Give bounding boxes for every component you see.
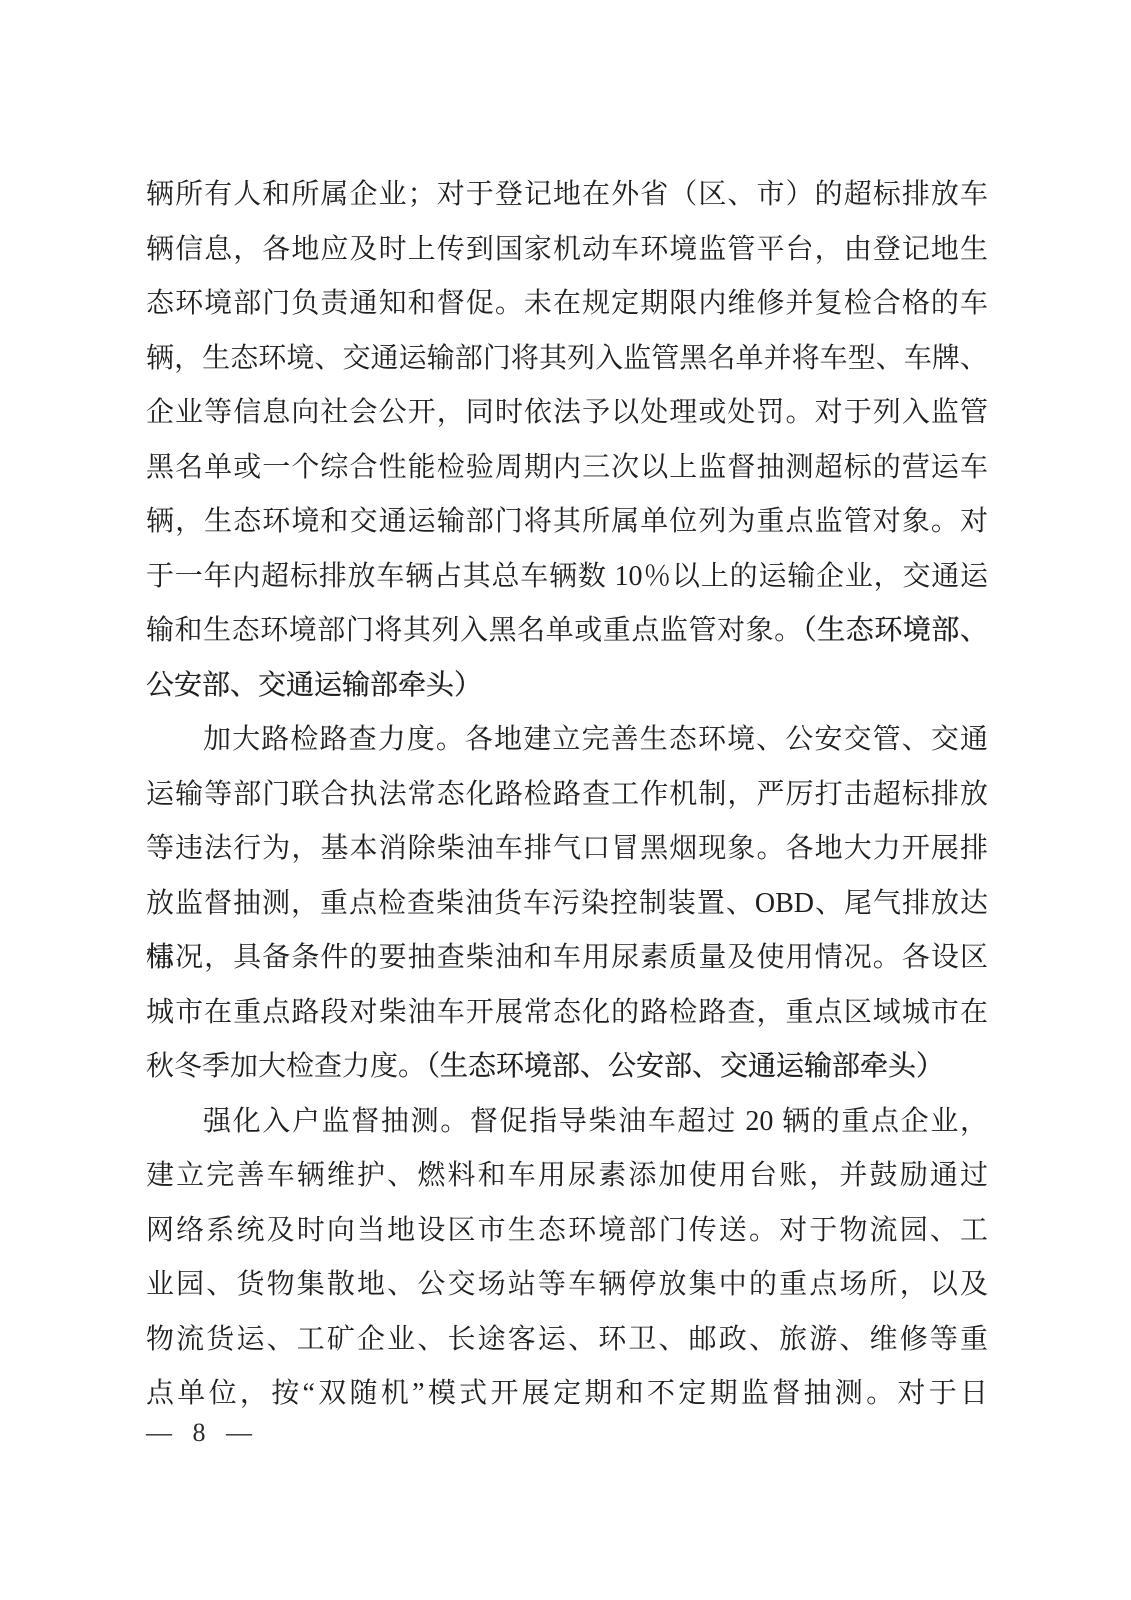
text-line: 黑名单或一个综合性能检验周期内三次以上监督抽测超标的营运车 <box>146 441 988 496</box>
body-text: 运输等部门联合执法常态化路检路查工作机制，严厉打击超标排放 <box>146 779 988 810</box>
text-line: 网络系统及时向当地设区市生态环境部门传送。对于物流园、工 <box>146 1204 988 1259</box>
department-annotation: 公安部、交通运输部牵头） <box>146 670 482 701</box>
body-text: 辆信息，各地应及时上传到国家机动车环境监管平台，由登记地生 <box>146 234 988 265</box>
text-line: 公安部、交通运输部牵头） <box>146 659 988 714</box>
body-text: 物流货运、工矿企业、长途客运、环卫、邮政、旅游、维修等重 <box>146 1324 988 1355</box>
text-line: 企业等信息向社会公开，同时依法予以处理或处罚。对于列入监管 <box>146 386 988 441</box>
text-line: 加大路检路查力度。各地建立完善生态环境、公安交管、交通 <box>146 713 988 768</box>
text-line: 辆信息，各地应及时上传到国家机动车环境监管平台，由登记地生 <box>146 223 988 278</box>
text-line: 秋冬季加大检查力度。（生态环境部、公安部、交通运输部牵头） <box>146 1040 988 1095</box>
text-line: 等违法行为，基本消除柴油车排气口冒黑烟现象。各地大力开展排 <box>146 822 988 877</box>
body-text: 强化入户监督抽测。督促指导柴油车超过 20 辆的重点企业， <box>203 1106 988 1137</box>
page-number: — 8 — <box>146 1418 252 1448</box>
body-text: 输和生态环境部门将其列入黑名单或重点监管对象。 <box>146 615 803 646</box>
body-text: 网络系统及时向当地设区市生态环境部门传送。对于物流园、工 <box>146 1215 988 1246</box>
body-text: 点单位，按“双随机”模式开展定期和不定期监督抽测。对于日 <box>146 1378 988 1409</box>
body-text: 于一年内超标排放车辆占其总车辆数 10％以上的运输企业，交通运 <box>146 561 988 592</box>
text-line: 辆所有人和所属企业；对于登记地在外省（区、市）的超标排放车 <box>146 168 988 223</box>
body-text: 加大路检路查力度。各地建立完善生态环境、公安交管、交通 <box>203 724 988 755</box>
text-line: 建立完善车辆维护、燃料和车用尿素添加使用台账，并鼓励通过 <box>146 1149 988 1204</box>
body-text: 黑名单或一个综合性能检验周期内三次以上监督抽测超标的营运车 <box>146 452 988 483</box>
body-text: 辆，生态环境和交通运输部门将其所属单位列为重点监管对象。对 <box>146 506 988 537</box>
text-line: 辆，生态环境、交通运输部门将其列入监管黑名单并将车型、车牌、 <box>146 332 988 387</box>
text-line: 强化入户监督抽测。督促指导柴油车超过 20 辆的重点企业， <box>146 1095 988 1150</box>
document-page: 辆所有人和所属企业；对于登记地在外省（区、市）的超标排放车辆信息，各地应及时上传… <box>0 0 1131 1600</box>
body-text: 辆所有人和所属企业；对于登记地在外省（区、市）的超标排放车 <box>146 179 988 210</box>
text-line: 情况，具备条件的要抽查柴油和车用尿素质量及使用情况。各设区 <box>146 931 988 986</box>
department-annotation: （生态环境部、公安部、交通运输部牵头） <box>426 1051 944 1082</box>
body-text: 建立完善车辆维护、燃料和车用尿素添加使用台账，并鼓励通过 <box>146 1160 988 1191</box>
body-text: 态环境部门负责通知和督促。未在规定期限内维修并复检合格的车 <box>146 288 988 319</box>
text-line: 放监督抽测，重点检查柴油货车污染控制装置、OBD、尾气排放达标 <box>146 877 988 932</box>
body-text: 业园、货物集散地、公交场站等车辆停放集中的重点场所，以及 <box>146 1269 988 1300</box>
text-line: 输和生态环境部门将其列入黑名单或重点监管对象。（生态环境部、 <box>146 604 988 659</box>
text-line: 态环境部门负责通知和督促。未在规定期限内维修并复检合格的车 <box>146 277 988 332</box>
text-line: 运输等部门联合执法常态化路检路查工作机制，严厉打击超标排放 <box>146 768 988 823</box>
text-line: 辆，生态环境和交通运输部门将其所属单位列为重点监管对象。对 <box>146 495 988 550</box>
body-text: 企业等信息向社会公开，同时依法予以处理或处罚。对于列入监管 <box>146 397 988 428</box>
body-text: 情况，具备条件的要抽查柴油和车用尿素质量及使用情况。各设区 <box>146 942 988 973</box>
document-body: 辆所有人和所属企业；对于登记地在外省（区、市）的超标排放车辆信息，各地应及时上传… <box>146 168 988 1422</box>
department-annotation: （生态环境部、 <box>803 615 988 646</box>
text-line: 点单位，按“双随机”模式开展定期和不定期监督抽测。对于日 <box>146 1367 988 1422</box>
body-text: 辆，生态环境、交通运输部门将其列入监管黑名单并将车型、车牌、 <box>146 343 988 374</box>
text-line: 业园、货物集散地、公交场站等车辆停放集中的重点场所，以及 <box>146 1258 988 1313</box>
text-line: 物流货运、工矿企业、长途客运、环卫、邮政、旅游、维修等重 <box>146 1313 988 1368</box>
body-text: 秋冬季加大检查力度。 <box>146 1051 426 1082</box>
text-line: 城市在重点路段对柴油车开展常态化的路检路查，重点区域城市在 <box>146 986 988 1041</box>
text-line: 于一年内超标排放车辆占其总车辆数 10％以上的运输企业，交通运 <box>146 550 988 605</box>
body-text: 等违法行为，基本消除柴油车排气口冒黑烟现象。各地大力开展排 <box>146 833 988 864</box>
body-text: 城市在重点路段对柴油车开展常态化的路检路查，重点区域城市在 <box>146 997 988 1028</box>
